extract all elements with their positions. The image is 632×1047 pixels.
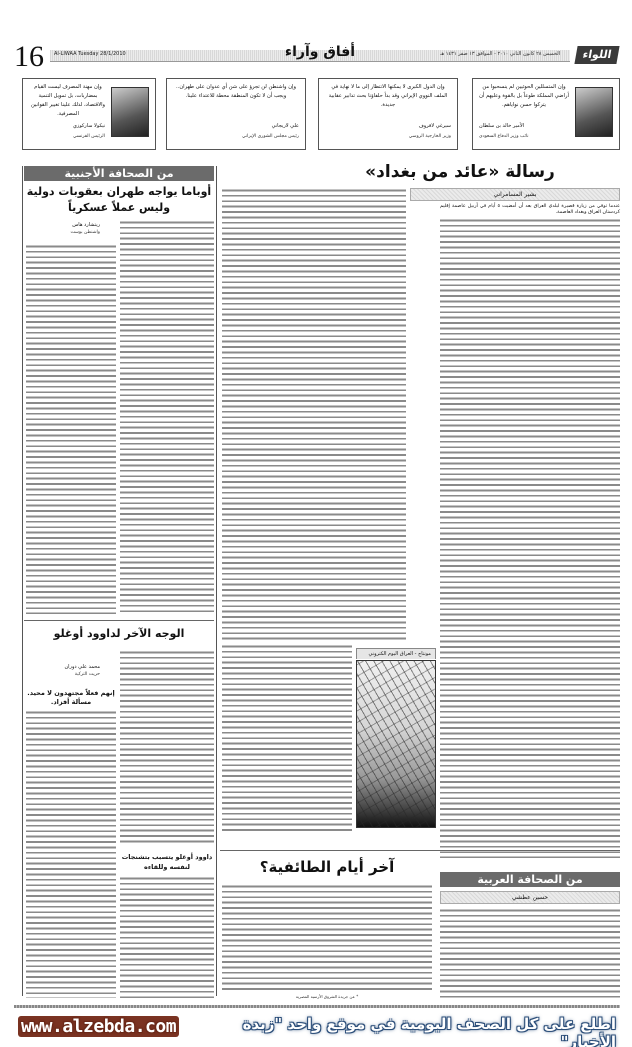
quote-author: نيكولا ساركوزي <box>73 122 105 131</box>
sectarian-body <box>222 884 432 990</box>
sectarian-footnote: * عن جريدة الشروق الأرسية المصرية <box>222 994 432 999</box>
quote-author: سيرغي لافروف <box>419 122 451 131</box>
foreign-headline-line2: وليس عملاً عسكرياً <box>24 200 214 215</box>
quote-author: الأمير خالد بن سلطان <box>479 122 524 131</box>
section-divider <box>220 850 620 851</box>
foreign-headline-line1: أوباما يواجه طهران بعقوبات دولية <box>24 184 214 199</box>
davutoglu-column-3 <box>26 710 116 998</box>
main-headline: رسالة «عائد من بغداد» <box>300 160 620 184</box>
column-border <box>22 166 23 996</box>
portrait-photo <box>111 87 149 137</box>
main-article-column-1 <box>440 218 620 858</box>
column-divider <box>216 166 217 996</box>
promo-tagline: اطلع على كل الصحف اليومية في موقع واحد "… <box>196 1015 616 1047</box>
power-pylons-photo <box>356 660 436 828</box>
main-intro: عندما توفي من زيارة قصيرة لبلدي العراق ب… <box>440 204 620 216</box>
arab-press-banner: من الصحافة العربية <box>440 872 620 887</box>
section-divider <box>24 620 214 621</box>
sectarian-headline: آخر أيام الطائفية؟ <box>222 856 432 878</box>
quote-text: وإن الدول الكبرى لا يمكنها الانتظار إلى … <box>324 83 452 110</box>
quote-box-lavrov: وإن الدول الكبرى لا يمكنها الانتظار إلى … <box>318 78 458 150</box>
quote-author: علي لاريجاني <box>272 122 299 131</box>
quote-box-sarkozy: وإن مهنة المصرف ليست القيام بمضاربات، بل… <box>22 78 156 150</box>
arab-press-byline: حسين عطشي <box>440 891 620 904</box>
quote-author-role: الرئيس الفرنسي <box>73 132 105 141</box>
foreign-press-banner: من الصحافة الأجنبية <box>24 166 214 181</box>
quote-author-role: رئيس مجلس الشورى الإيراني <box>242 132 299 141</box>
edition-info: Al-LIWAA Tuesday 28/1/2010 <box>54 51 126 57</box>
foreign-source: واشنطن بوست <box>30 230 100 235</box>
pull-quote: مسألة أفزاد. <box>26 697 116 707</box>
newspaper-logo: اللواء <box>574 46 619 64</box>
portrait-photo <box>575 87 613 137</box>
quote-box-khaled: وإن المتسللين الحوثيين لم ينسحبوا من أرا… <box>472 78 620 150</box>
main-byline: بشير المسامراني <box>410 188 620 201</box>
foreign-article-column-2 <box>26 244 116 614</box>
footer-divider <box>14 1005 620 1008</box>
davutoglu-subhead: داوود أوغلو يتسبب بتشنجات لنفسه وللقاءه <box>120 852 214 872</box>
davutoglu-column-1 <box>120 650 214 846</box>
foreign-article-column-1 <box>120 220 214 614</box>
quote-box-larijani: وإن واشنطن لن تجرؤ على شن أي عدوان على ط… <box>166 78 306 150</box>
main-article-column-2 <box>222 188 406 640</box>
main-article-column-3 <box>222 644 352 832</box>
foreign-author: ريتشارد هاس <box>30 222 100 228</box>
davutoglu-author: محمد علي دوران <box>30 664 100 670</box>
photo-caption: مونتاج - العراق اليوم الكتروني <box>356 648 436 659</box>
quote-author-role: وزير الخارجية الروسي <box>409 132 451 141</box>
issue-date: الخميس ٢٨ كانون الثاني ٢٠١٠ - الموافق ١٣… <box>360 51 560 57</box>
promo-website-link[interactable]: www.alzebda.com <box>18 1016 179 1037</box>
quote-author-role: نائب وزير الدفاع السعودي <box>479 132 529 141</box>
davutoglu-column-2 <box>120 876 214 998</box>
davutoglu-source: حريت التركية <box>30 672 100 677</box>
quote-text: وإن واشنطن لن تجرؤ على شن أي عدوان على ط… <box>172 83 300 101</box>
arab-press-body <box>440 908 620 1000</box>
page-number: 16 <box>14 42 44 72</box>
davutoglu-headline: الوجه الآخر لداوود أوغلو <box>24 626 214 642</box>
